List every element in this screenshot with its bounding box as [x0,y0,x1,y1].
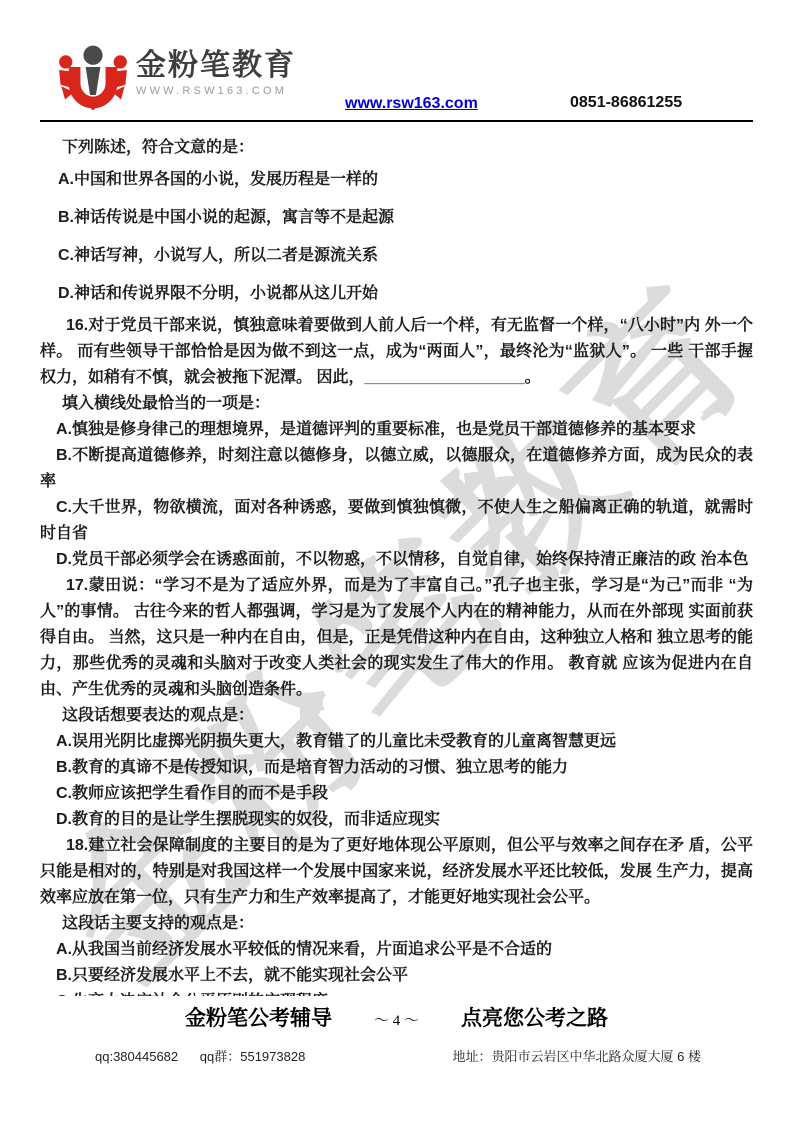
logo-people-u-icon [56,42,130,112]
q15-option-d: D.神话和传说界限不分明，小说都从这儿开始 [40,275,753,313]
q16-option-d: D.党员干部必须学会在诱惑面前，不以物惑，不以情移，自觉自律，始终保持清正廉洁的… [40,547,753,573]
document-body: 下列陈述，符合文意的是： A.中国和世界各国的小说，发展历程是一样的 B.神话传… [40,134,753,996]
footer-title: 金粉笔公考辅导 ～ 4 ～ 点亮您公考之路 [0,1002,793,1032]
q16-option-a: A.慎独是修身律己的理想境界，是道德评判的重要标准，也是党员干部道德修养的基本要… [40,417,753,443]
q15-option-c: C.神话写神，小说写人，所以二者是源流关系 [40,237,753,275]
q17-prompt: 这段话想要表达的观点是： [40,703,753,729]
phone-number: 0851-86861255 [570,94,682,112]
q18-option-b: B.只要经济发展水平上不去，就不能实现社会公平 [40,963,753,989]
q17-body: 17.蒙田说：“学习不是为了适应外界，而是为了丰富自己。”孔子也主张，学习是“为… [40,573,753,703]
footer-info: qq:380445682 qq群：551973828 地址：贵阳市云岩区中华北路… [0,1046,793,1065]
footer-contact-qq: qq:380445682 qq群：551973828 [95,1046,323,1065]
q15-prompt: 下列陈述，符合文意的是： [40,134,753,161]
logo: 金粉笔教育 WWW.RSW163.COM [56,42,296,112]
footer-address: 地址：贵阳市云岩区中华北路众厦大厦 6 楼 [453,1046,701,1065]
q16-prompt: 填入横线处最恰当的一项是： [40,391,753,417]
q16-option-c: C.大千世界，物欲横流，面对各种诱惑，要做到慎独慎微，不使人生之船偏离正确的轨道… [40,495,753,547]
logo-text: 金粉笔教育 WWW.RSW163.COM [136,50,296,97]
logo-title: 金粉笔教育 [136,50,296,82]
website-link[interactable]: www.rsw163.com [345,95,478,113]
q16-option-b: B.不断提高道德修养，时刻注意以德修身，以德立威，以德服众，在道德修养方面，成为… [40,443,753,495]
q18-option-a: A.从我国当前经济发展水平较低的情况来看，片面追求公平是不合适的 [40,937,753,963]
q17-option-a: A.误用光阴比虚掷光阴损失更大，教育错了的儿童比未受教育的儿童离智慧更远 [40,729,753,755]
page-number: ～ 4 ～ [374,1009,419,1030]
qq-number: qq:380445682 [95,1049,178,1064]
qq-group-number: qq群：551973828 [200,1049,306,1064]
q18-option-c: C.生产力决定社会公平原则的实现程度 [40,989,753,996]
q16-body: 16.对于党员干部来说，慎独意味着要做到人前人后一个样，有无监督一个样，“八小时… [40,313,753,391]
document-page: 金粉笔教育 金粉笔教育 WWW.RSW163.COM www.rsw163.co… [0,0,793,1122]
header: 金粉笔教育 WWW.RSW163.COM www.rsw163.com 0851… [0,0,793,122]
footer-brand: 金粉笔公考辅导 [185,1002,332,1032]
q15-option-a: A.中国和世界各国的小说，发展历程是一样的 [40,161,753,199]
q18-body: 18.建立社会保障制度的主要目的是为了更好地体现公平原则，但公平与效率之间存在矛… [40,833,753,911]
logo-site-url: WWW.RSW163.COM [136,85,296,97]
q17-option-c: C.教师应该把学生看作目的而不是手段 [40,781,753,807]
q15-option-b: B.神话传说是中国小说的起源，寓言等不是起源 [40,199,753,237]
header-divider [40,120,753,122]
footer-slogan: 点亮您公考之路 [461,1002,608,1032]
q18-prompt: 这段话主要支持的观点是： [40,911,753,937]
q17-option-b: B.教育的真谛不是传授知识，而是培育智力活动的习惯、独立思考的能力 [40,755,753,781]
q17-option-d: D.教育的目的是让学生摆脱现实的奴役，而非适应现实 [40,807,753,833]
